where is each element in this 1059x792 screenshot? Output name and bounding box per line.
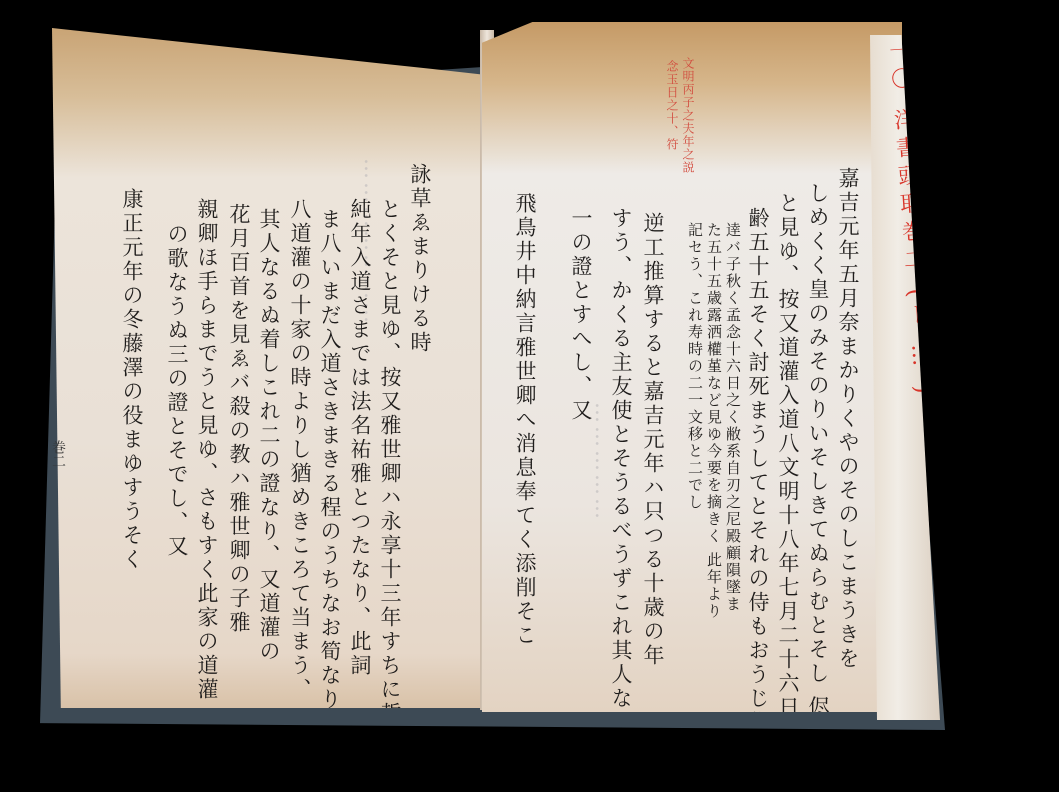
red-annotation: 念玉日之十、符 bbox=[666, 60, 678, 151]
text-column: とくそと見ゆ、按又雅世卿ハ永享十三年すちに哲 bbox=[379, 198, 400, 708]
text-column: 純年入道さまでは法名祐雅とつたなり、此詞 bbox=[349, 198, 370, 678]
text-column: 其人なるぬ着しこれ二の證なり、又道灌の bbox=[258, 208, 279, 664]
text-column: しめくく皇のみそのりいそしきてぬらむとそし 侭くく bbox=[807, 182, 828, 712]
text-column: 一の證とすへし、又 bbox=[570, 207, 591, 423]
text-column: 康正元年の冬藤澤の役まゆすうそく bbox=[121, 188, 142, 572]
text-column: た五十五歳露洒權堇など見ゆ今要を摘きく 此年より bbox=[706, 222, 721, 620]
red-annotation: 文明丙子之夫年之説 bbox=[682, 57, 694, 174]
bleed-through-text: …………… bbox=[592, 402, 613, 522]
text-column: 詠草ゑまりける時 bbox=[409, 163, 430, 355]
text-column: 逆工推算すると嘉吉元年ハ只つる十歳の年 bbox=[642, 212, 663, 668]
right-page: 文明丙子之夫年之説 念玉日之十、符 嘉吉元年五月奈まかりくやのそのしこまうきを … bbox=[482, 22, 902, 712]
text-column: 飛鳥井中納言雅世卿へ消息奉てく添削そこ bbox=[514, 192, 535, 648]
text-column: の歌なうぬ三の證とそでし、又 bbox=[166, 223, 187, 559]
text-column: ま八いまだ入道さきまきる程のうちなお筍なりさう bbox=[319, 208, 340, 708]
text-column: 齢五十五そく討死まうしてとそれの侍もおうじ代 bbox=[747, 207, 768, 712]
left-page: ………………… 詠草ゑまりける時 とくそと見ゆ、按又雅世卿ハ永享十三年すちに哲 … bbox=[52, 28, 492, 708]
text-column: 記セう、これ寿時の二一文移と二でし bbox=[687, 222, 702, 511]
text-column: 親卿ほ手らまでうと見ゆ、さもすく此家の道灌 bbox=[196, 198, 217, 702]
folio-mark: 巻二 bbox=[48, 440, 68, 468]
text-column: 嘉吉元年五月奈まかりくやのそのしこまうきを bbox=[837, 167, 858, 671]
text-column: と見ゆ、按又道灌入道八文明十八年七月二十六日、 bbox=[777, 192, 798, 712]
text-column: 逹バ子秋く孟念十六日之く敝系自刃之尼殿顧隕墜ま bbox=[725, 222, 740, 613]
text-column: 八道灌の十家の時よりし猶めきころて当まう、 bbox=[289, 198, 310, 702]
text-column: 花月百首を見ゑバ殺の教ハ雅世卿の子雅 bbox=[228, 203, 249, 635]
